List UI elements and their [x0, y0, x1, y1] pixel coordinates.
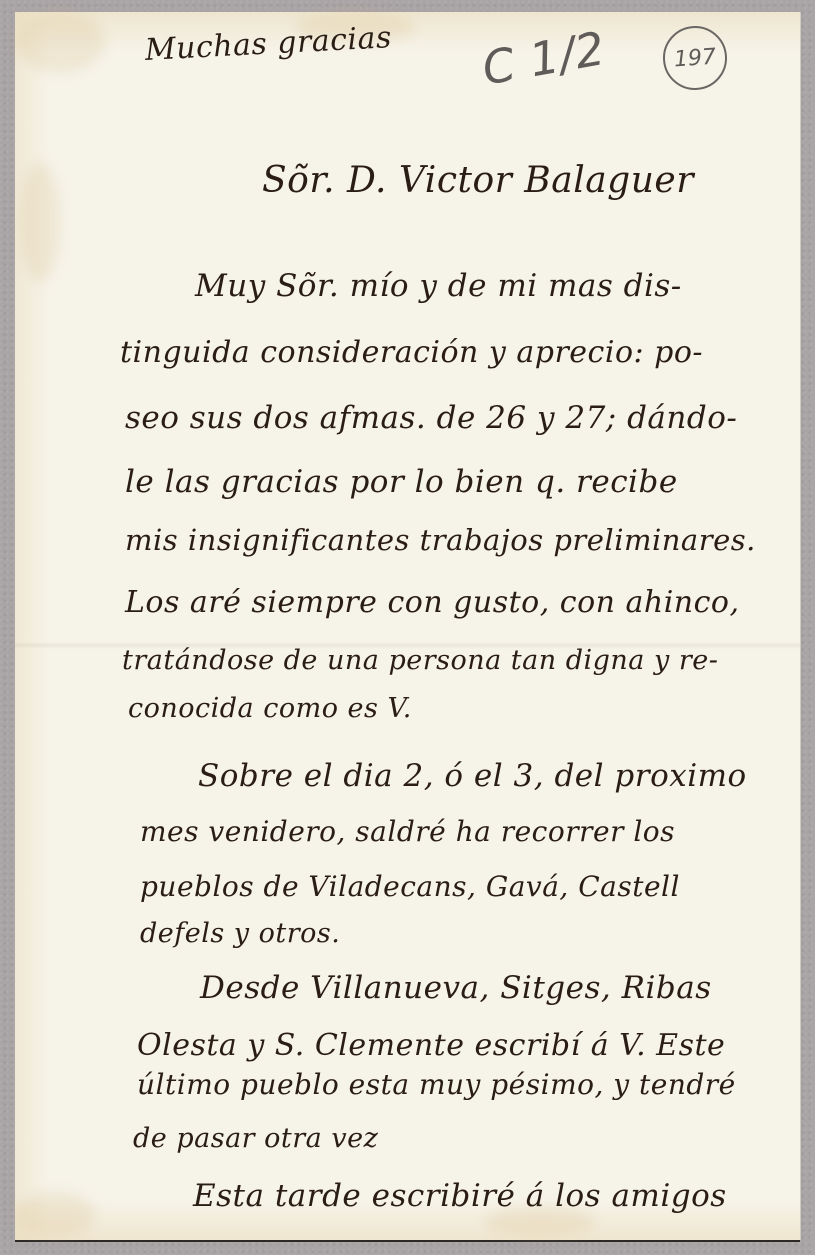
letter-line: de pasar otra vez: [133, 1123, 378, 1154]
letter-line: mes venidero, saldré ha recorrer los: [140, 815, 675, 848]
letter-line: conocida como es V.: [128, 693, 412, 724]
letter-line: tratándose de una persona tan digna y re…: [122, 645, 718, 676]
paper-stain: [15, 12, 105, 72]
letter-line: pueblos de Viladecans, Gavá, Castell: [140, 870, 680, 903]
salutation: Sõr. D. Victor Balaguer: [262, 160, 694, 201]
paper-stain: [20, 162, 60, 282]
letter-line: tinguida consideración y aprecio: po-: [120, 335, 703, 370]
letter-line: Esta tarde escribiré á los amigos: [193, 1178, 727, 1214]
letter-line: Desde Villanueva, Sitges, Ribas: [200, 970, 712, 1006]
letter-line: mis insignificantes trabajos preliminare…: [125, 523, 756, 557]
archive-number: 197: [673, 44, 717, 72]
letter-line: Muy Sõr. mío y de mi mas dis-: [195, 268, 682, 304]
letter-line: último pueblo esta muy pésimo, y tendré: [137, 1068, 736, 1101]
letter-line: Los aré siempre con gusto, con ahinco,: [125, 585, 740, 620]
letter-line: defels y otros.: [140, 918, 340, 949]
letter-line: Olesta y S. Clemente escribí á V. Este: [137, 1028, 725, 1063]
paper-stain: [15, 1192, 95, 1237]
letter-line: le las gracias por lo bien q. recibe: [125, 464, 678, 500]
letter-line: Sobre el dia 2, ó el 3, del proximo: [198, 758, 747, 794]
letter-line: seo sus dos afmas. de 26 y 27; dándo-: [125, 400, 737, 436]
